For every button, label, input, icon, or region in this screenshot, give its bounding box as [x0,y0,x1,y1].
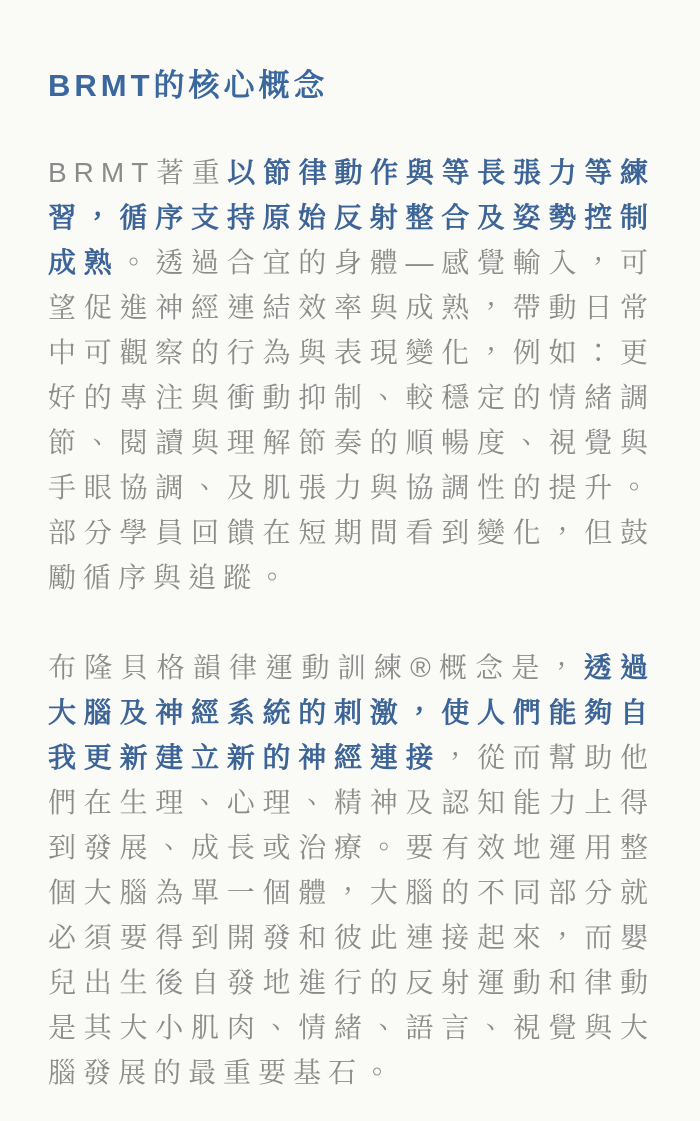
text-segment: 。透過合宜的身體—感覺輸入，可望促進神經連結效率與成熟，帶動日常中可觀察的行為與… [48,247,655,593]
text-segment: ，從而幫助他們在生理、心理、精神及認知能力上得到發展、成長或治療。要有效地運用整… [48,742,655,1088]
text-segment: BRMT著重 [48,157,227,188]
paragraph: 布隆貝格韻律運動訓練®概念是，透過大腦及神經系統的刺激，使人們能夠自我更新建立新… [48,645,655,1095]
article-body: BRMT著重以節律動作與等長張力等練習，循序支持原始反射整合及姿勢控制成熟。透過… [48,150,655,1095]
text-segment: 布隆貝格韻律運動訓練®概念是， [48,652,584,683]
page-title: BRMT的核心概念 [48,66,655,106]
paragraph: BRMT著重以節律動作與等長張力等練習，循序支持原始反射整合及姿勢控制成熟。透過… [48,150,655,600]
article-page: BRMT的核心概念 BRMT著重以節律動作與等長張力等練習，循序支持原始反射整合… [0,0,700,1121]
